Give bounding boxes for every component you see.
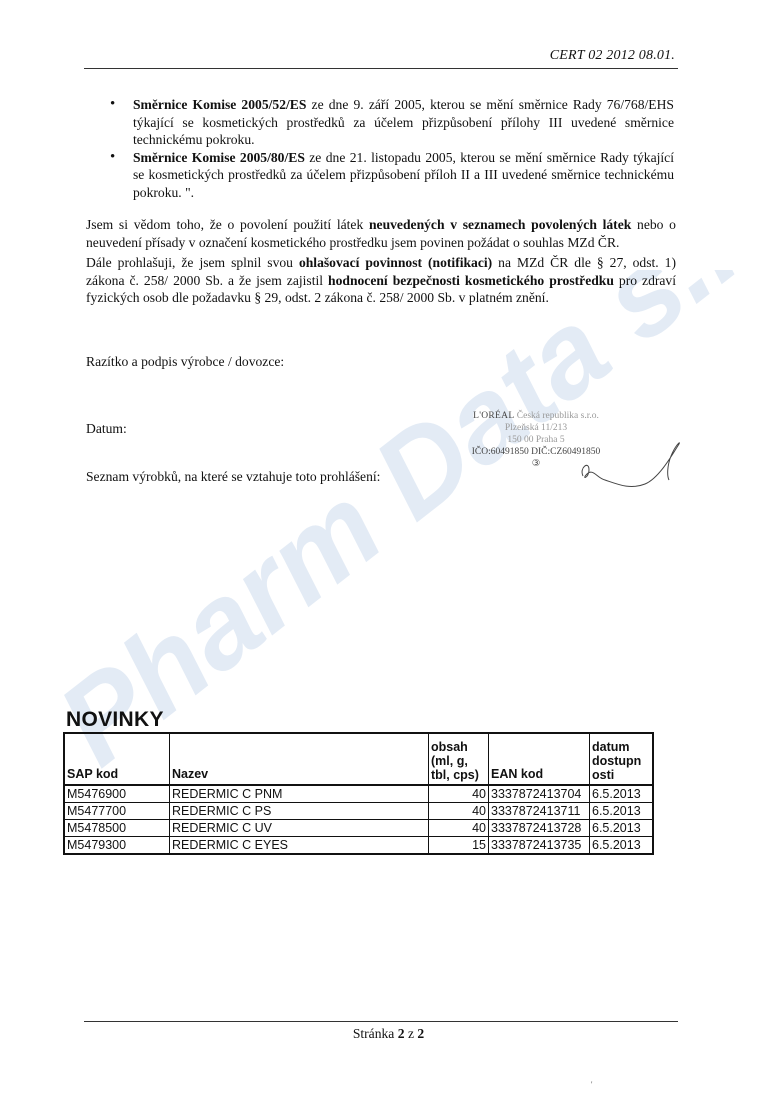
page-label: Stránka [353,1026,398,1041]
document-reference: CERT 02 2012 08.01. [550,48,675,64]
novinky-title: NOVINKY [66,708,164,732]
date-label: Datum: [86,421,127,437]
cell-qty: 40 [429,785,489,803]
table-header-row: SAP kod Nazev obsah(ml, g,tbl, cps) EAN … [64,733,653,785]
directive-title: Směrnice Komise 2005/52/ES [133,97,306,112]
table-row: M5478500 REDERMIC C UV 40 3337872413728 … [64,820,653,837]
page-separator: z [405,1026,418,1041]
cell-ean: 3337872413711 [489,803,590,820]
total-pages: 2 [417,1026,424,1041]
col-datum-dostupnosti: datumdostupnosti [590,733,654,785]
cell-name: REDERMIC C PNM [170,785,429,803]
cell-qty: 40 [429,820,489,837]
header-text: tbl, cps) [431,768,479,782]
cell-ean: 3337872413728 [489,820,590,837]
col-sap-kod: SAP kod [64,733,170,785]
stamp-company: L'ORÉAL Česká republika s.r.o. [456,410,616,422]
cell-sap: M5477700 [64,803,170,820]
header-text: Nazev [172,767,208,781]
emphasis: ohlašovací povinnost (notifikaci) [299,255,492,270]
cell-qty: 15 [429,837,489,855]
footer-divider [84,1021,678,1022]
cell-name: REDERMIC C UV [170,820,429,837]
cell-date: 6.5.2013 [590,820,654,837]
header-text: (ml, g, [431,754,468,768]
emphasis: hodnocení bezpečnosti kosmetického prost… [328,273,614,288]
stamp-company-suffix: Česká republika s.r.o. [514,411,598,421]
directive-item: Směrnice Komise 2005/80/ES ze dne 21. li… [108,149,674,202]
directive-title: Směrnice Komise 2005/80/ES [133,150,305,165]
text: Jsem si vědom toho, že o povolení použit… [86,217,369,232]
header-divider [84,68,678,69]
cell-sap: M5476900 [64,785,170,803]
header-text: SAP kod [67,767,118,781]
table-row: M5476900 REDERMIC C PNM 40 3337872413704… [64,785,653,803]
header-text: datum [592,740,630,754]
header-text: osti [592,768,614,782]
cell-ean: 3337872413704 [489,785,590,803]
cell-date: 6.5.2013 [590,785,654,803]
cell-sap: M5478500 [64,820,170,837]
col-ean-kod: EAN kod [489,733,590,785]
emphasis: neuvedených v seznamech povolených látek [369,217,631,232]
stamp-signature-label: Razítko a podpis výrobce / dovozce: [86,354,284,370]
col-nazev: Nazev [170,733,429,785]
declaration-paragraph-1: Jsem si vědom toho, že o povolení použit… [86,216,676,251]
col-obsah: obsah(ml, g,tbl, cps) [429,733,489,785]
table-row: M5479300 REDERMIC C EYES 15 333787241373… [64,837,653,855]
scan-speck: ' [591,1080,592,1089]
cell-qty: 40 [429,803,489,820]
signature [575,440,685,495]
cell-ean: 3337872413735 [489,837,590,855]
page-number: Stránka 2 z 2 [0,1026,777,1042]
cell-name: REDERMIC C PS [170,803,429,820]
watermark-text: Pharm Data s.r.o. [60,270,777,790]
directive-list: Směrnice Komise 2005/52/ES ze dne 9. zář… [108,96,674,201]
cell-name: REDERMIC C EYES [170,837,429,855]
directive-item: Směrnice Komise 2005/52/ES ze dne 9. zář… [108,96,674,149]
product-list-label: Seznam výrobků, na které se vztahuje tot… [86,469,380,485]
current-page: 2 [398,1026,405,1041]
cell-date: 6.5.2013 [590,803,654,820]
text: Dále prohlašuji, že jsem splnil svou [86,255,299,270]
stamp-company-name: L'ORÉAL [473,411,514,421]
watermark: Pharm Data s.r.o. [60,270,777,790]
declaration-paragraph-2: Dále prohlašuji, že jsem splnil svou ohl… [86,254,676,307]
header-text: obsah [431,740,468,754]
header-text: EAN kod [491,767,543,781]
cell-sap: M5479300 [64,837,170,855]
table-row: M5477700 REDERMIC C PS 40 3337872413711 … [64,803,653,820]
cell-date: 6.5.2013 [590,837,654,855]
header-text: dostupn [592,754,641,768]
products-table: SAP kod Nazev obsah(ml, g,tbl, cps) EAN … [63,732,654,855]
stamp-street: Plzeňská 11/213 [456,422,616,434]
